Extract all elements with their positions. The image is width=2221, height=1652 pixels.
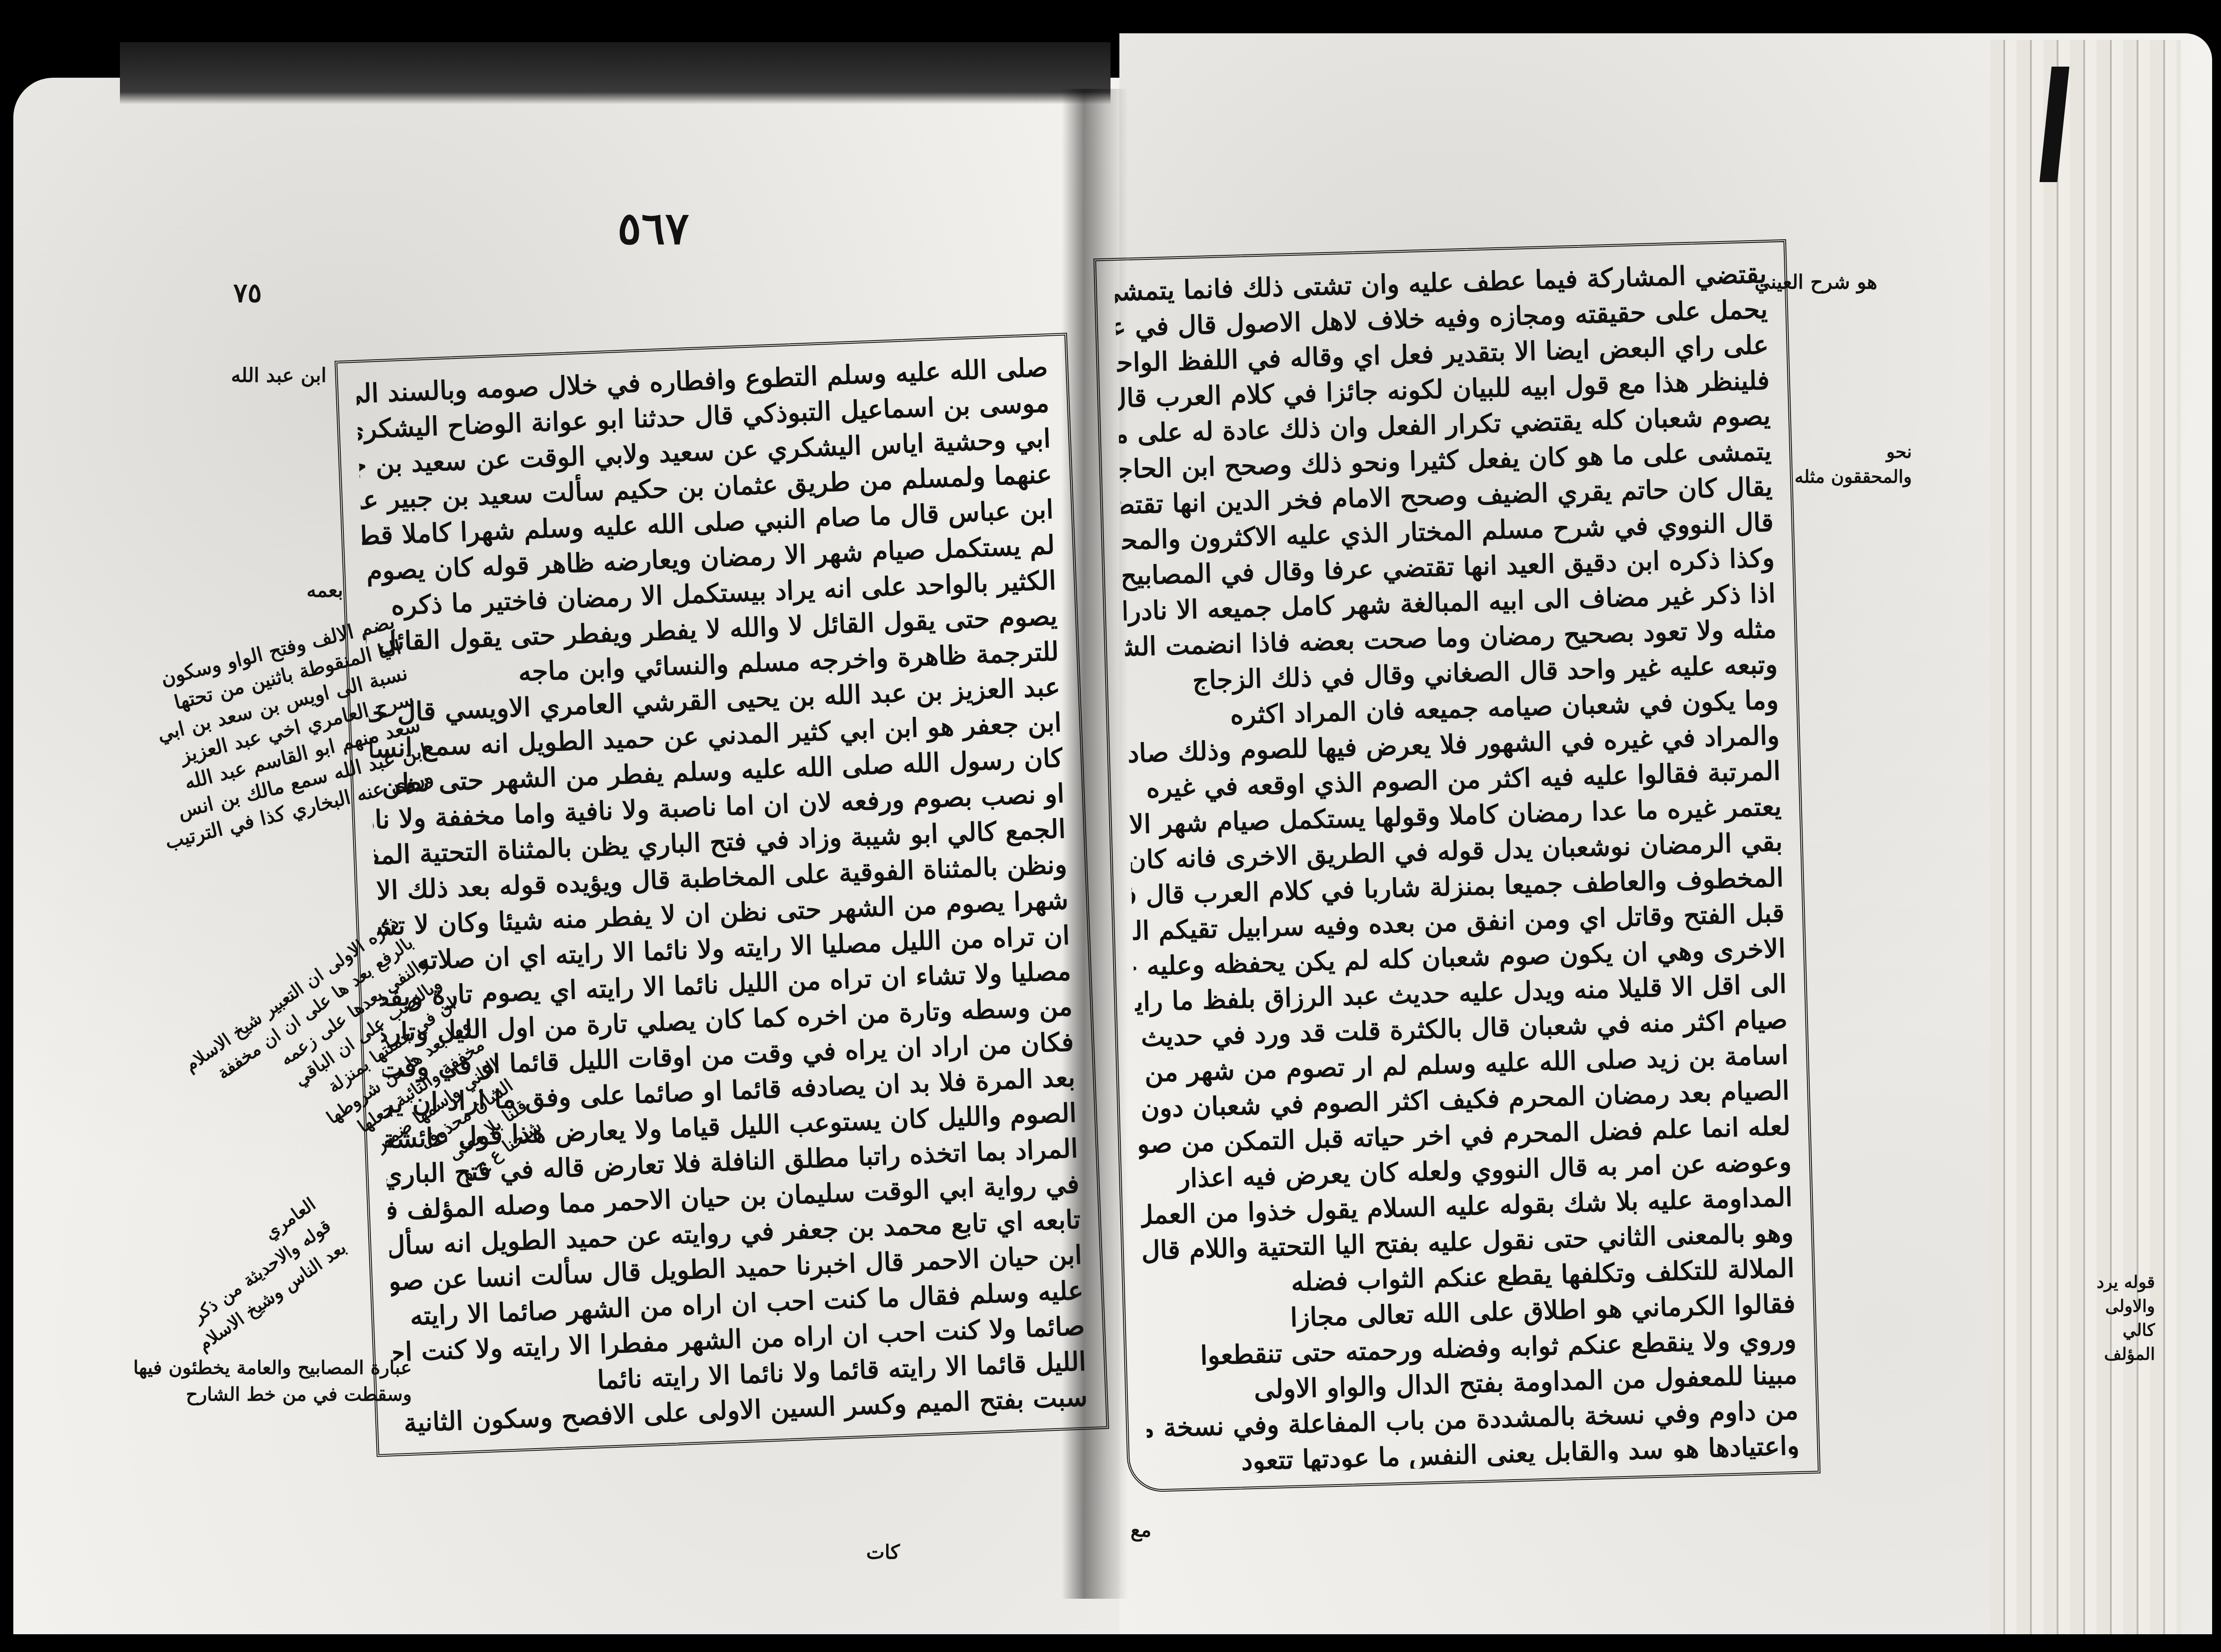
scan-bottom-border (0, 1634, 2221, 1652)
margin-note-line: نحو (1795, 440, 1912, 465)
margin-note-bism: بعمه (306, 577, 343, 604)
margin-note-line: وسقطت في من خط الشارح (133, 1381, 412, 1408)
margin-note-line: والمحققون مثله (1795, 465, 1912, 489)
margin-note-4: عبارة المصابيح والعامة يخطئون فيهاوسقطت … (133, 1354, 412, 1408)
margin-note-right-1: نحووالمحققون مثله (1795, 440, 1912, 489)
page-left-top-shadow (120, 42, 1110, 104)
right-catchword: مع (1130, 1519, 1151, 1541)
margin-note-line: كالي (2097, 1318, 2155, 1342)
margin-note-line: قوله يرد (2097, 1270, 2155, 1294)
folio-number-top: ٥٦٧ (617, 202, 689, 254)
left-main-text: صلى الله عليه وسلم التطوع وافطاره في خلا… (356, 349, 1088, 1440)
left-header-note: ابن عبد الله (231, 364, 326, 387)
margin-note-line: عبارة المصابيح والعامة يخطئون فيها (133, 1354, 412, 1381)
left-catchword: كات (866, 1541, 900, 1564)
folio-number-corner: ٧٥ (233, 278, 262, 309)
right-main-text: يقتضي المشاركة فيما عطف عليه وان تشتى ذل… (1114, 256, 1799, 1476)
right-text-frame: يقتضي المشاركة فيما عطف عليه وان تشتى ذل… (1093, 239, 1820, 1493)
page-edge-leaves (1990, 40, 2181, 1639)
left-text-frame: صلى الله عليه وسلم التطوع وافطاره في خلا… (334, 333, 1109, 1457)
margin-note-line: والاولى (2097, 1294, 2155, 1318)
margin-note-right-2: قوله يردوالاولىكاليالمؤلف (2097, 1270, 2155, 1366)
margin-note-line: المؤلف (2097, 1342, 2155, 1366)
